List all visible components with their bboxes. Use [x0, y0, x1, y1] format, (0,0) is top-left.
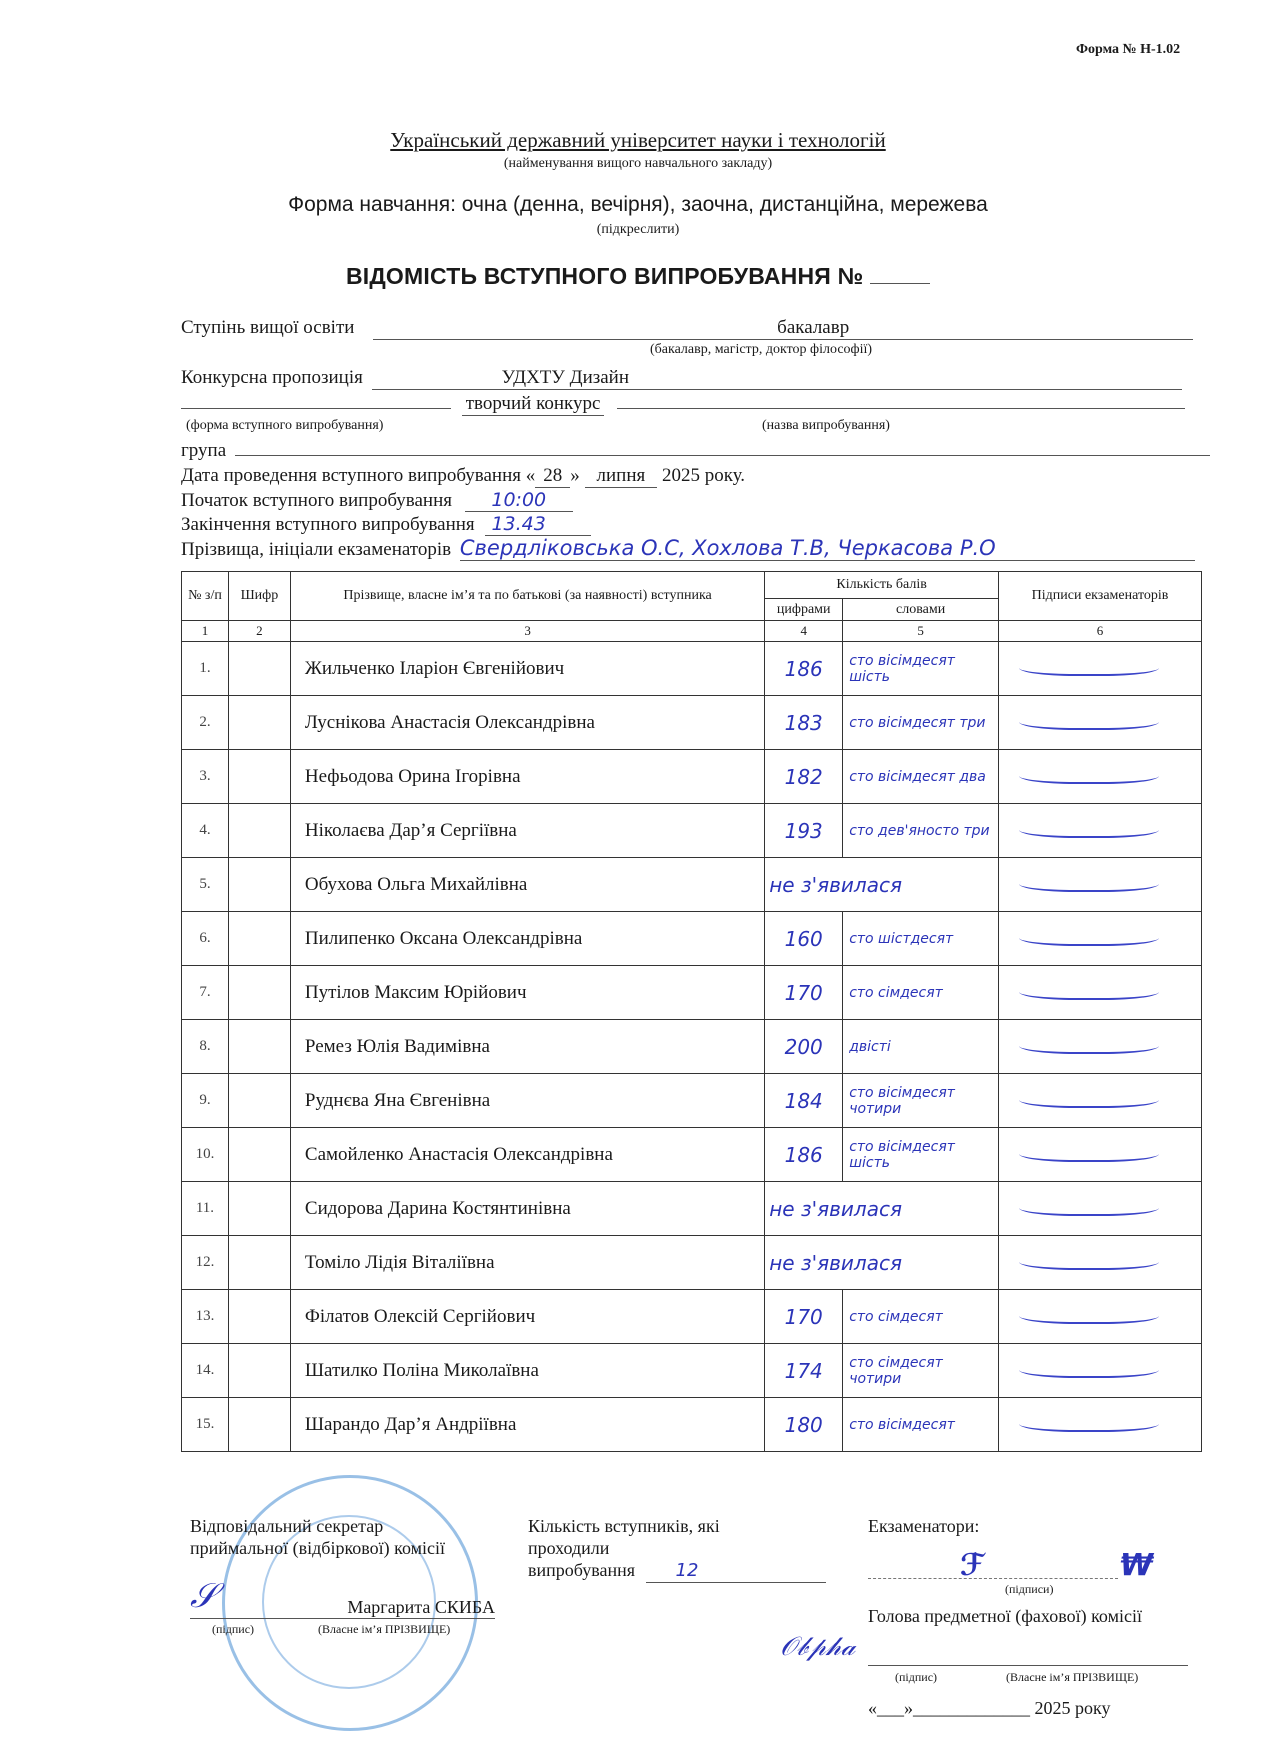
group-field[interactable]: [235, 455, 1210, 456]
row-number: 1.: [182, 642, 229, 696]
chair-signature: 𝒪𝒷𝓅𝒽𝒶: [780, 1632, 855, 1663]
score-absent[interactable]: не з'явилася: [765, 1182, 999, 1236]
header-score: Кількість балів: [765, 572, 999, 599]
date-day-field[interactable]: 28: [535, 465, 570, 488]
row-code[interactable]: [228, 1074, 290, 1128]
examiner-signatures[interactable]: [999, 1398, 1202, 1452]
row-code[interactable]: [228, 912, 290, 966]
applicant-name: Пилипенко Оксана Олександрівна: [290, 912, 764, 966]
applicant-name: Самойленко Анастасія Олександрівна: [290, 1128, 764, 1182]
examiner-signatures[interactable]: [999, 1128, 1202, 1182]
end-time-field[interactable]: 13.43: [485, 513, 591, 536]
examiners-signatures-hint: (підписи): [1005, 1582, 1053, 1597]
header-name: Прізвище, власне ім’я та по батькові (за…: [290, 572, 764, 621]
table-row: 1.Жильченко Іларіон Євгенійович186сто ві…: [182, 642, 1202, 696]
start-label: Початок вступного випробування: [181, 490, 452, 511]
signature-mark: [1019, 1250, 1159, 1270]
score-digits[interactable]: 170: [765, 1290, 843, 1344]
table-row: 7.Путілов Максим Юрійович170сто сімдесят: [182, 966, 1202, 1020]
applicant-name: Шарандо Дар’я Андріївна: [290, 1398, 764, 1452]
examiner-signatures[interactable]: [999, 1020, 1202, 1074]
col-number: 5: [843, 621, 999, 642]
examiner-signatures[interactable]: [999, 912, 1202, 966]
examiner-signatures[interactable]: [999, 750, 1202, 804]
examiner-signatures[interactable]: [999, 1182, 1202, 1236]
row-code[interactable]: [228, 1020, 290, 1074]
score-words[interactable]: сто вісімдесят чотири: [843, 1074, 999, 1128]
row-number: 9.: [182, 1074, 229, 1128]
score-absent[interactable]: не з'явилася: [765, 858, 999, 912]
score-words[interactable]: сто вісімдесят три: [843, 696, 999, 750]
applicant-name: Нефьодова Орина Ігорівна: [290, 750, 764, 804]
applicant-name: Філатов Олексій Сергійович: [290, 1290, 764, 1344]
score-digits[interactable]: 183: [765, 696, 843, 750]
row-number: 11.: [182, 1182, 229, 1236]
exam-form-hint: (форма вступного випробування): [186, 418, 383, 434]
header-code: Шифр: [228, 572, 290, 621]
score-words[interactable]: сто вісімдесят два: [843, 750, 999, 804]
score-absent[interactable]: не з'явилася: [765, 1236, 999, 1290]
applicant-name: Луснікова Анастасія Олександрівна: [290, 696, 764, 750]
table-row: 3.Нефьодова Орина Ігорівна182сто вісімде…: [182, 750, 1202, 804]
row-number: 4.: [182, 804, 229, 858]
table-row: 4.Ніколаєва Дар’я Сергіївна193сто дев'ян…: [182, 804, 1202, 858]
row-number: 8.: [182, 1020, 229, 1074]
row-number: 15.: [182, 1398, 229, 1452]
row-code[interactable]: [228, 1182, 290, 1236]
table-row: 11.Сидорова Дарина Костянтинівнане з'яви…: [182, 1182, 1202, 1236]
signature-mark: [1019, 656, 1159, 676]
table-row: 15.Шарандо Дар’я Андріївна180сто вісімде…: [182, 1398, 1202, 1452]
count-field[interactable]: 12: [646, 1560, 826, 1583]
signature-mark: [1019, 1034, 1159, 1054]
row-number: 12.: [182, 1236, 229, 1290]
table-row: 8.Ремез Юлія Вадимівна200двісті: [182, 1020, 1202, 1074]
examiner-signatures[interactable]: [999, 1290, 1202, 1344]
row-code[interactable]: [228, 804, 290, 858]
signature-mark: [1019, 1304, 1159, 1324]
row-number: 6.: [182, 912, 229, 966]
row-code[interactable]: [228, 696, 290, 750]
score-digits[interactable]: 170: [765, 966, 843, 1020]
signature-mark: [1019, 1196, 1159, 1216]
institution-hint: (найменування вищого навчального закладу…: [0, 156, 1276, 172]
score-words[interactable]: сто шістдесят: [843, 912, 999, 966]
examiner-signatures[interactable]: [999, 696, 1202, 750]
chair-signature-line[interactable]: [868, 1665, 1188, 1666]
degree-field[interactable]: бакалавр: [373, 317, 1193, 340]
signature-mark: [1019, 1412, 1159, 1432]
secretary-name: Маргарита СКИБА: [347, 1596, 495, 1618]
end-row: Закінчення вступного випробування 13.43: [181, 513, 591, 536]
table-row: 10.Самойленко Анастасія Олександрівна186…: [182, 1128, 1202, 1182]
row-number: 13.: [182, 1290, 229, 1344]
applicant-name: Шатилко Поліна Миколаївна: [290, 1344, 764, 1398]
score-digits[interactable]: 186: [765, 1128, 843, 1182]
examiner-signatures[interactable]: [999, 1236, 1202, 1290]
row-code[interactable]: [228, 1290, 290, 1344]
date-suffix: року.: [705, 465, 745, 486]
score-words[interactable]: сто дев'яносто три: [843, 804, 999, 858]
header-words: словами: [843, 599, 999, 621]
secretary-signature-line: Маргарита СКИБА 𝒮: [190, 1596, 495, 1619]
start-row: Початок вступного випробування 10:00: [181, 489, 573, 512]
date-year[interactable]: 2025: [662, 465, 700, 486]
row-code[interactable]: [228, 1128, 290, 1182]
examiner-signatures[interactable]: [999, 966, 1202, 1020]
examiner-signatures[interactable]: [999, 1074, 1202, 1128]
row-code[interactable]: [228, 1344, 290, 1398]
examiners-label: Прізвища, ініціали екзаменаторів: [181, 539, 451, 560]
group-row: група: [181, 440, 1210, 462]
date-row: Дата проведення вступного випробування «…: [181, 465, 745, 488]
degree-hint: (бакалавр, магістр, доктор філософії): [650, 342, 872, 358]
proposal-field[interactable]: УДХТУ Дизайн: [372, 367, 1182, 390]
score-digits[interactable]: 182: [765, 750, 843, 804]
secretary-signature-hint: (підпис): [212, 1622, 254, 1637]
institution-name: Український державний університет науки …: [0, 128, 1276, 153]
col-number: 3: [290, 621, 764, 642]
exam-name-field[interactable]: [617, 408, 1185, 409]
table-row: 6.Пилипенко Оксана Олександрівна160сто ш…: [182, 912, 1202, 966]
examiners-field[interactable]: Свердліковська О.С, Хохлова Т.В, Черкасо…: [460, 536, 1195, 561]
row-code[interactable]: [228, 966, 290, 1020]
signature-mark: [1019, 1142, 1159, 1162]
row-code[interactable]: [228, 642, 290, 696]
applicant-name: Жильченко Іларіон Євгенійович: [290, 642, 764, 696]
count-block: Кількість вступників, які проходили випр…: [528, 1515, 826, 1583]
secretary-signature: 𝒮: [190, 1576, 216, 1616]
count-label-3: випробування: [528, 1560, 635, 1580]
row-number: 2.: [182, 696, 229, 750]
score-words[interactable]: сто сімдесят чотири: [843, 1344, 999, 1398]
secretary-label: Відповідальний секретар: [190, 1515, 445, 1537]
table-row: 2.Луснікова Анастасія Олександрівна183ст…: [182, 696, 1202, 750]
examiner-signatures[interactable]: [999, 1344, 1202, 1398]
score-words[interactable]: сто сімдесят: [843, 966, 999, 1020]
secretary-label-2: приймальної (відбіркової) комісії: [190, 1537, 445, 1559]
footer-date-line[interactable]: «___»_____________ 2025 року: [868, 1697, 1111, 1719]
degree-label: Ступінь вищої освіти: [181, 317, 354, 338]
chair-label: Голова предметної (фахової) комісії: [868, 1605, 1142, 1627]
header-no: № з/п: [182, 572, 229, 621]
table-row: 9.Руднєва Яна Євгенівна184сто вісімдесят…: [182, 1074, 1202, 1128]
score-digits[interactable]: 200: [765, 1020, 843, 1074]
score-words[interactable]: сто вісімдесят: [843, 1398, 999, 1452]
score-digits[interactable]: 184: [765, 1074, 843, 1128]
row-code[interactable]: [228, 1236, 290, 1290]
exam-name-hint: (назва випробування): [762, 418, 890, 434]
group-label: група: [181, 440, 226, 461]
applicant-name: Руднєва Яна Євгенівна: [290, 1074, 764, 1128]
count-label-2: проходили: [528, 1537, 826, 1559]
study-form-hint: (підкреслити): [0, 222, 1276, 238]
chair-name-hint: (Власне ім’я ПРІЗВИЩЕ): [1006, 1670, 1138, 1685]
proposal-row: Конкурсна пропозиція УДХТУ Дизайн: [181, 367, 1182, 390]
proposal-label: Конкурсна пропозиція: [181, 367, 363, 388]
header-digits: цифрами: [765, 599, 843, 621]
exam-form-field[interactable]: творчий конкурс: [462, 393, 605, 416]
examiner-signature-1: ℱ: [960, 1548, 984, 1583]
examiner-signature-2: ₩: [1120, 1548, 1153, 1583]
applicant-name: Путілов Максим Юрійович: [290, 966, 764, 1020]
form-number: Форма № Н-1.02: [1076, 42, 1180, 58]
row-code[interactable]: [228, 1398, 290, 1452]
score-digits[interactable]: 160: [765, 912, 843, 966]
signature-mark: [1019, 926, 1159, 946]
examiner-signatures[interactable]: [999, 804, 1202, 858]
row-number: 5.: [182, 858, 229, 912]
examiners-signature-line[interactable]: [868, 1578, 1118, 1579]
row-number: 14.: [182, 1344, 229, 1398]
applicant-name: Ніколаєва Дар’я Сергіївна: [290, 804, 764, 858]
start-time-field[interactable]: 10:00: [465, 489, 573, 512]
row-number: 3.: [182, 750, 229, 804]
table-row: 13.Філатов Олексій Сергійович170сто сімд…: [182, 1290, 1202, 1344]
examiners-row: Прізвища, ініціали екзаменаторів Свердлі…: [181, 536, 1195, 561]
col-number: 4: [765, 621, 843, 642]
row-code[interactable]: [228, 858, 290, 912]
col-number: 6: [999, 621, 1202, 642]
score-digits[interactable]: 186: [765, 642, 843, 696]
signature-mark: [1019, 1358, 1159, 1378]
signature-mark: [1019, 764, 1159, 784]
examiner-signatures[interactable]: [999, 642, 1202, 696]
column-numbers-row: 1 2 3 4 5 6: [182, 621, 1202, 642]
signature-mark: [1019, 710, 1159, 730]
score-words[interactable]: сто сімдесят: [843, 1290, 999, 1344]
grades-table: № з/п Шифр Прізвище, власне ім’я та по б…: [181, 571, 1202, 1452]
col-number: 2: [228, 621, 290, 642]
signature-mark: [1019, 872, 1159, 892]
applicant-name: Сидорова Дарина Костянтинівна: [290, 1182, 764, 1236]
score-digits[interactable]: 193: [765, 804, 843, 858]
examiner-signatures[interactable]: [999, 858, 1202, 912]
degree-row: Ступінь вищої освіти бакалавр: [181, 317, 1193, 340]
table-row: 5.Обухова Ольга Михайлівнане з'явилася: [182, 858, 1202, 912]
exam-form-blank: [181, 408, 451, 409]
secretary-name-hint: (Власне ім’я ПРІЗВИЩЕ): [318, 1622, 450, 1637]
row-number: 10.: [182, 1128, 229, 1182]
applicant-name: Томіло Лідія Віталіївна: [290, 1236, 764, 1290]
row-number: 7.: [182, 966, 229, 1020]
table-row: 14.Шатилко Поліна Миколаївна174сто сімде…: [182, 1344, 1202, 1398]
score-words[interactable]: сто вісімдесят шість: [843, 1128, 999, 1182]
table-row: 12.Томіло Лідія Віталіївнане з'явилася: [182, 1236, 1202, 1290]
row-code[interactable]: [228, 750, 290, 804]
title-number-field[interactable]: [870, 283, 930, 284]
applicant-name: Ремез Юлія Вадимівна: [290, 1020, 764, 1074]
study-form: Форма навчання: очна (денна, вечірня), з…: [0, 193, 1276, 217]
signature-mark: [1019, 818, 1159, 838]
footer-examiners-label: Екзаменатори:: [868, 1515, 979, 1537]
col-number: 1: [182, 621, 229, 642]
signature-mark: [1019, 980, 1159, 1000]
exam-form-row: творчий конкурс: [181, 393, 1185, 416]
chair-signature-hint: (підпис): [895, 1670, 937, 1685]
score-words[interactable]: сто вісімдесят шість: [843, 642, 999, 696]
document-title: ВІДОМІСТЬ ВСТУПНОГО ВИПРОБУВАННЯ №: [0, 263, 1276, 290]
date-month-field[interactable]: липня: [585, 465, 658, 488]
score-digits[interactable]: 174: [765, 1344, 843, 1398]
header-signatures: Підписи екзаменаторів: [999, 572, 1202, 621]
count-label: Кількість вступників, які: [528, 1515, 826, 1537]
secretary-block: Відповідальний секретар приймальної (від…: [190, 1515, 445, 1559]
score-digits[interactable]: 180: [765, 1398, 843, 1452]
end-label: Закінчення вступного випробування: [181, 514, 475, 535]
applicant-name: Обухова Ольга Михайлівна: [290, 858, 764, 912]
score-words[interactable]: двісті: [843, 1020, 999, 1074]
date-label: Дата проведення вступного випробування: [181, 465, 521, 486]
signature-mark: [1019, 1088, 1159, 1108]
